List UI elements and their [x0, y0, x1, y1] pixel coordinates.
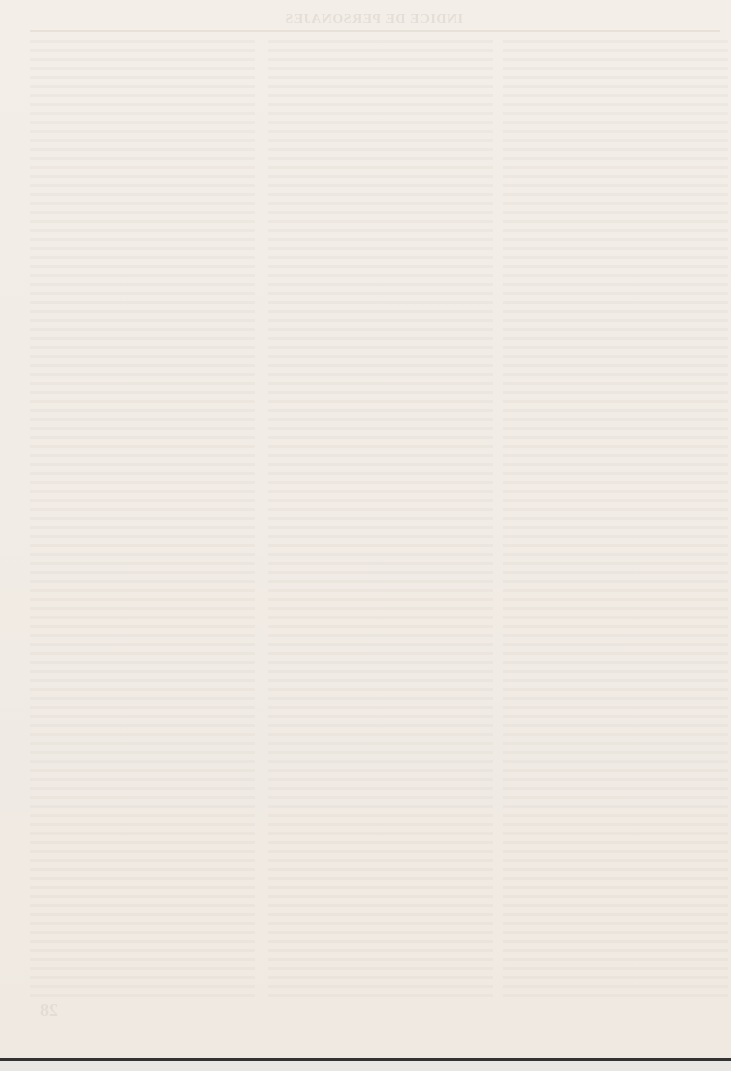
- showthrough-column-3: [503, 40, 728, 1000]
- showthrough-page-number: 28: [40, 1000, 58, 1021]
- scanner-edge: [0, 1058, 731, 1071]
- showthrough-header: INDICE DE PERSONAJES: [285, 12, 463, 28]
- showthrough-column-2: [268, 40, 493, 1000]
- showthrough-column-1: [30, 40, 255, 1000]
- scanned-page: INDICE DE PERSONAJES 28: [0, 0, 731, 1058]
- header-rule: [30, 30, 720, 32]
